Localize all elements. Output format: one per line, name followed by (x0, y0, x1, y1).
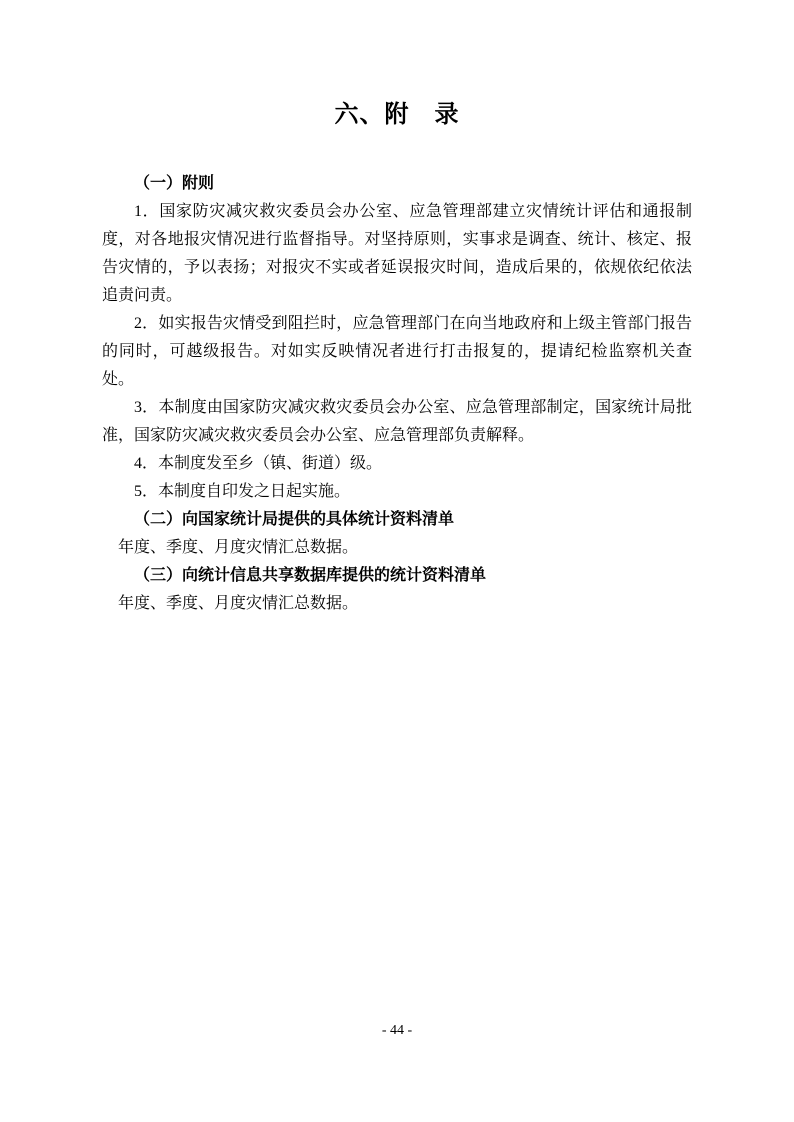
section-1-paragraph-4: 4．本制度发至乡（镇、街道）级。 (102, 450, 692, 478)
section-2-paragraph-1: 年度、季度、月度灾情汇总数据。 (102, 534, 692, 562)
section-1-heading: （一）附则 (102, 170, 692, 198)
section-3-heading: （三）向统计信息共享数据库提供的统计资料清单 (102, 562, 692, 590)
section-1-paragraph-5: 5．本制度自印发之日起实施。 (102, 478, 692, 506)
page-number: - 44 - (0, 1022, 794, 1040)
section-1-paragraph-2: 2．如实报告灾情受到阻拦时，应急管理部门在向当地政府和上级主管部门报告的同时，可… (102, 310, 692, 394)
section-1-paragraph-3: 3．本制度由国家防灾减灾救灾委员会办公室、应急管理部制定，国家统计局批准，国家防… (102, 394, 692, 450)
document-page: 六、附 录 （一）附则 1．国家防灾减灾救灾委员会办公室、应急管理部建立灾情统计… (0, 0, 794, 1122)
section-1-paragraph-1: 1．国家防灾减灾救灾委员会办公室、应急管理部建立灾情统计评估和通报制度，对各地报… (102, 198, 692, 310)
section-2-heading: （二）向国家统计局提供的具体统计资料清单 (102, 506, 692, 534)
page-title: 六、附 录 (0, 0, 794, 132)
document-content: （一）附则 1．国家防灾减灾救灾委员会办公室、应急管理部建立灾情统计评估和通报制… (102, 170, 692, 618)
section-3-paragraph-1: 年度、季度、月度灾情汇总数据。 (102, 590, 692, 618)
